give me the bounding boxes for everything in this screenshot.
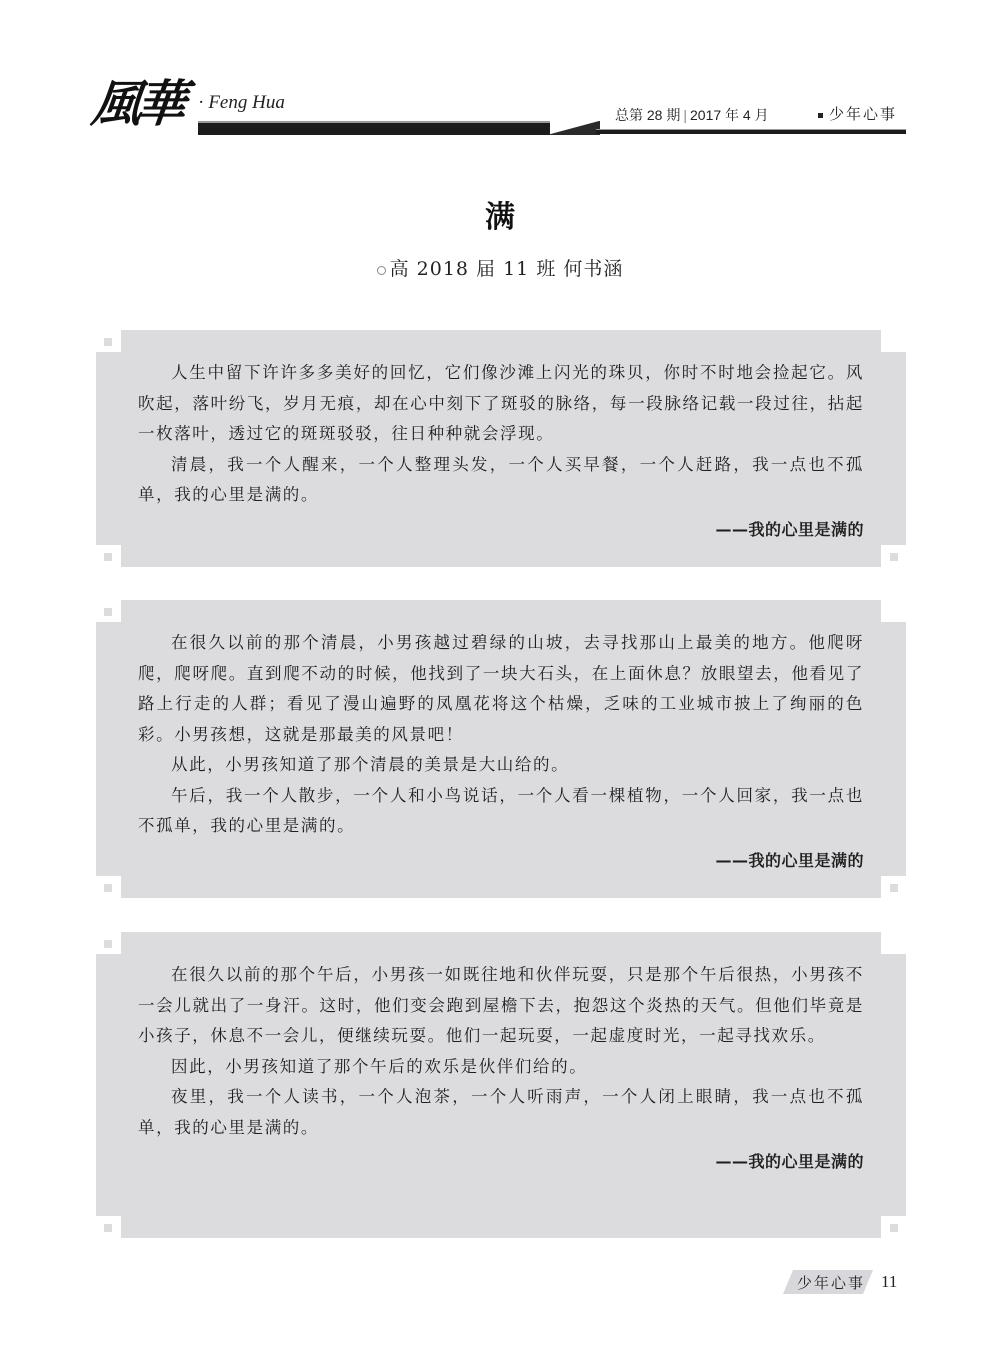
circle-bullet-icon (377, 266, 386, 275)
paragraph: 夜里，我一个人读书，一个人泡茶，一个人听雨声，一个人闭上眼睛，我一点也不孤单，我… (138, 1082, 864, 1143)
corner-ornament (104, 884, 112, 892)
header-rule-taper (548, 121, 600, 135)
section-panel-1: 人生中留下许许多多美好的回忆，它们像沙滩上闪光的珠贝，你时不时地会捡起它。风吹起… (96, 330, 906, 567)
logo-romanized-text: Feng Hua (208, 92, 285, 113)
issue-info: 总第 28 期|2017 年 4 月 (615, 105, 769, 125)
byline: 高 2018 届 11 班 何书涵 (0, 254, 1000, 281)
section-body: 在很久以前的那个清晨，小男孩越过碧绿的山坡，去寻找那山上最美的地方。他爬呀爬，爬… (138, 628, 864, 876)
section-body: 在很久以前的那个午后，小男孩一如既往地和伙伴玩耍，只是那个午后很热，小男孩不一会… (138, 960, 864, 1178)
header-rule-thin (596, 129, 906, 134)
paragraph: 清晨，我一个人醒来，一个人整理头发，一个人买早餐，一个人赶路，我一点也不孤单，我… (138, 450, 864, 511)
paragraph: 因此，小男孩知道了那个午后的欢乐是伙伴们给的。 (138, 1052, 864, 1083)
corner-ornament (890, 940, 898, 948)
corner-ornament (104, 1224, 112, 1232)
corner-ornament (104, 338, 112, 346)
corner-ornament (890, 608, 898, 616)
paragraph: 从此，小男孩知道了那个清晨的美景是大山给的。 (138, 750, 864, 781)
corner-ornament (104, 608, 112, 616)
paragraph: 在很久以前的那个午后，小男孩一如既往地和伙伴玩耍，只是那个午后很热，小男孩不一会… (138, 960, 864, 1052)
paragraph: 在很久以前的那个清晨，小男孩越过碧绿的山坡，去寻找那山上最美的地方。他爬呀爬，爬… (138, 628, 864, 750)
footer-column-tag: 少年心事 (783, 1270, 873, 1294)
section-body: 人生中留下许许多多美好的回忆，它们像沙滩上闪光的珠贝，你时不时地会捡起它。风吹起… (138, 358, 864, 545)
column-name: 少年心事 (829, 105, 897, 123)
section-signoff: ——我的心里是满的 (138, 1147, 864, 1178)
issue-separator: | (683, 107, 687, 123)
corner-ornament (890, 338, 898, 346)
page-number: 11 (881, 1272, 897, 1292)
issue-date: 2017 年 4 月 (690, 107, 769, 123)
column-label: 少年心事 (818, 103, 897, 124)
section-signoff: ——我的心里是满的 (138, 515, 864, 546)
section-signoff: ——我的心里是满的 (138, 846, 864, 877)
section-panel-2: 在很久以前的那个清晨，小男孩越过碧绿的山坡，去寻找那山上最美的地方。他爬呀爬，爬… (96, 600, 906, 898)
paragraph: 午后，我一个人散步，一个人和小鸟说话，一个人看一棵植物，一个人回家，我一点也不孤… (138, 781, 864, 842)
logo-romanized: ·Feng Hua (198, 92, 285, 114)
corner-ornament (890, 553, 898, 561)
corner-ornament (104, 940, 112, 948)
section-panel-3: 在很久以前的那个午后，小男孩一如既往地和伙伴玩耍，只是那个午后很热，小男孩不一会… (96, 932, 906, 1238)
corner-ornament (890, 1224, 898, 1232)
corner-ornament (104, 553, 112, 561)
corner-ornament (890, 884, 898, 892)
paragraph: 人生中留下许许多多美好的回忆，它们像沙滩上闪光的珠贝，你时不时地会捡起它。风吹起… (138, 358, 864, 450)
issue-number: 总第 28 期 (615, 107, 680, 123)
byline-text: 高 2018 届 11 班 何书涵 (390, 258, 624, 280)
magazine-logo: 風華 (89, 72, 184, 136)
article-title: 满 (0, 192, 1000, 236)
square-bullet-icon (818, 113, 823, 118)
footer-column-text: 少年心事 (797, 1272, 865, 1293)
header-rule-thick (198, 121, 550, 135)
